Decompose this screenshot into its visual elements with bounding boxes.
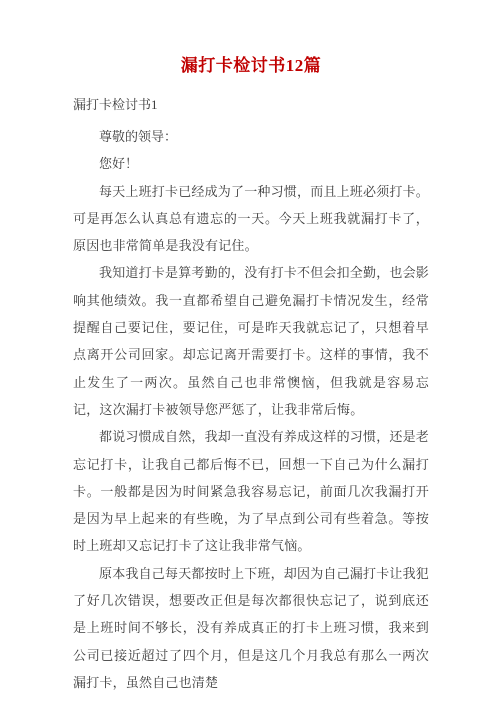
salutation-line: 尊敬的领导： [73,123,429,150]
document-content: 漏打卡检讨书12篇 漏打卡检讨书1 尊敬的领导： 您好！ 每天上班打卡已经成为了… [73,54,429,696]
body-paragraph-1: 每天上班打卡已经成为了一种习惯，而且上班必须打卡。可是再怎么认真总有遗忘的一天。… [73,178,429,260]
section-heading: 漏打卡检讨书1 [73,91,429,118]
body-paragraph-4: 原本我自己每天都按时上下班，却因为自己漏打卡让我犯了好几次错误，想要改正但是每次… [73,560,429,696]
body-paragraph-3: 都说习惯成自然，我却一直没有养成这样的习惯，还是老忘记打卡，让我自己都后悔不已，… [73,423,429,559]
document-title: 漏打卡检讨书12篇 [73,54,429,78]
body-paragraph-2: 我知道打卡是算考勤的，没有打卡不但会扣全勤，也会影响其他绩效。我一直都希望自己避… [73,259,429,423]
document-page: 漏打卡检讨书12篇 漏打卡检讨书1 尊敬的领导： 您好！ 每天上班打卡已经成为了… [0,0,500,707]
greeting-line: 您好！ [73,150,429,177]
